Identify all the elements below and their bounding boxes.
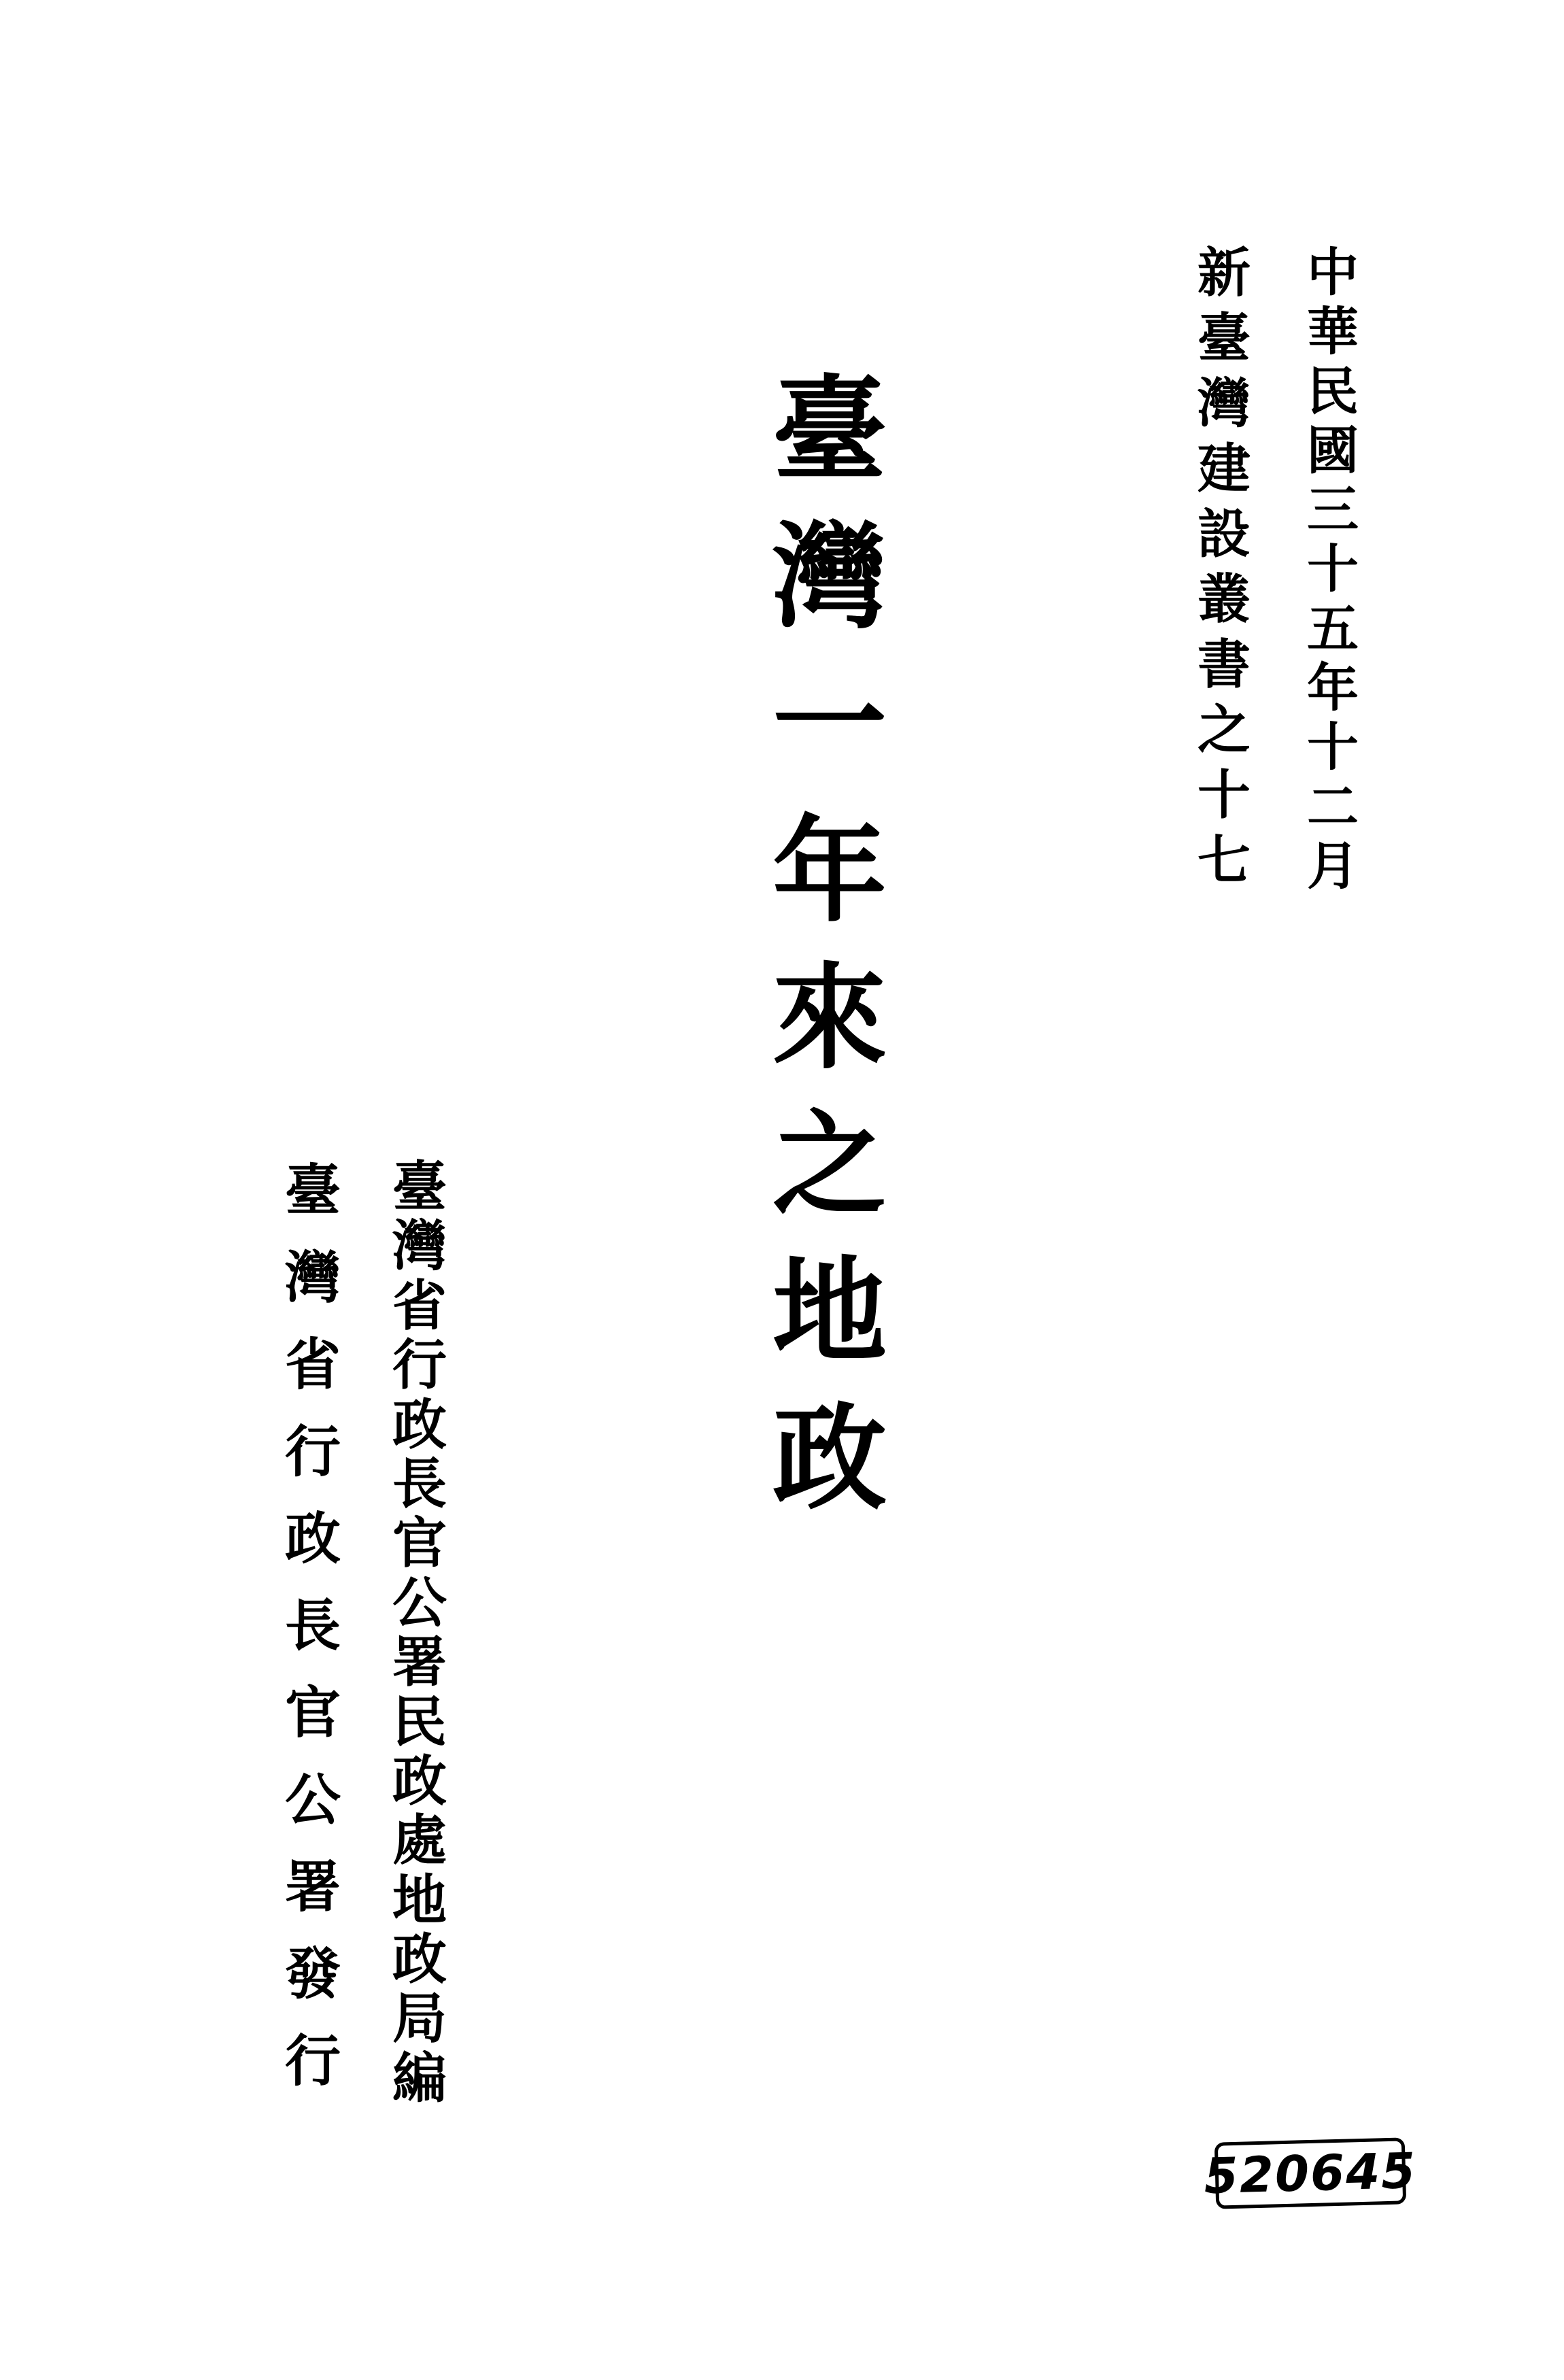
vertical-char: 書 — [1197, 639, 1251, 704]
vertical-char: 臺 — [1197, 312, 1251, 377]
vertical-char: 之 — [1197, 704, 1251, 769]
vertical-char: 長 — [285, 1598, 341, 1685]
vertical-char: 灣 — [1197, 377, 1251, 443]
vertical-char: 政 — [392, 1932, 447, 1991]
vertical-char: 來 — [772, 960, 887, 1107]
vertical-char: 行 — [285, 2033, 341, 2120]
vertical-char: 十 — [1307, 721, 1359, 781]
vertical-char: 行 — [392, 1338, 447, 1397]
vertical-char: 政 — [285, 1511, 341, 1598]
vertical-char: 長 — [392, 1457, 447, 1516]
vertical-char: 灣 — [285, 1250, 341, 1337]
vertical-char: 政 — [392, 1754, 447, 1813]
vertical-char: 地 — [392, 1873, 447, 1932]
vertical-char: 民 — [392, 1695, 447, 1754]
catalog-number: 520645 — [1204, 2142, 1418, 2205]
vertical-char: 年 — [772, 813, 887, 960]
vertical-char: 建 — [1197, 443, 1251, 508]
vertical-char: 局 — [392, 1991, 447, 2050]
vertical-char: 臺 — [772, 373, 887, 520]
vertical-char: 政 — [392, 1397, 447, 1457]
vertical-char: 行 — [285, 1424, 341, 1511]
vertical-char: 十 — [1307, 543, 1359, 602]
catalog-number-stamp: 520645 — [1214, 2137, 1406, 2209]
vertical-char: 年 — [1307, 662, 1359, 721]
vertical-char: 處 — [392, 1813, 447, 1872]
vertical-char: 灣 — [392, 1219, 447, 1278]
vertical-char: 政 — [772, 1401, 887, 1548]
vertical-char: 五 — [1307, 603, 1359, 662]
vertical-char: 三 — [1307, 484, 1359, 543]
vertical-char: 一 — [772, 666, 887, 813]
vertical-char: 民 — [1307, 366, 1359, 425]
vertical-char: 省 — [285, 1337, 341, 1424]
vertical-char: 叢 — [1197, 573, 1251, 639]
vertical-char: 編 — [392, 2051, 447, 2110]
vertical-char: 國 — [1307, 425, 1359, 484]
vertical-char: 灣 — [772, 520, 887, 666]
vertical-char: 臺 — [392, 1159, 447, 1219]
series-title: 新臺灣建設叢書之十七 — [1193, 247, 1255, 900]
vertical-char: 華 — [1307, 306, 1359, 365]
vertical-char: 官 — [392, 1516, 447, 1575]
vertical-char: 公 — [285, 1772, 341, 1859]
vertical-char: 官 — [285, 1685, 341, 1772]
vertical-char: 省 — [392, 1278, 447, 1338]
vertical-char: 公 — [392, 1576, 447, 1635]
vertical-char: 署 — [392, 1635, 447, 1694]
vertical-char: 地 — [772, 1254, 887, 1401]
book-title: 臺灣一年來之地政 — [765, 373, 894, 1548]
vertical-char: 之 — [772, 1107, 887, 1254]
publication-date: 中華民國三十五年十二月 — [1302, 247, 1363, 900]
publisher-credit: 臺灣省行政長官公署發行 — [282, 1163, 343, 2120]
vertical-char: 署 — [285, 1859, 341, 1946]
vertical-char: 新 — [1197, 247, 1251, 312]
vertical-char: 發 — [285, 1946, 341, 2033]
vertical-char: 二 — [1307, 781, 1359, 840]
vertical-char: 月 — [1307, 840, 1359, 900]
vertical-char: 中 — [1307, 247, 1359, 306]
vertical-char: 設 — [1197, 508, 1251, 573]
vertical-char: 七 — [1197, 834, 1251, 900]
vertical-char: 臺 — [285, 1163, 341, 1250]
vertical-char: 十 — [1197, 769, 1251, 834]
editor-credit: 臺灣省行政長官公署民政處地政局編 — [389, 1159, 450, 2110]
